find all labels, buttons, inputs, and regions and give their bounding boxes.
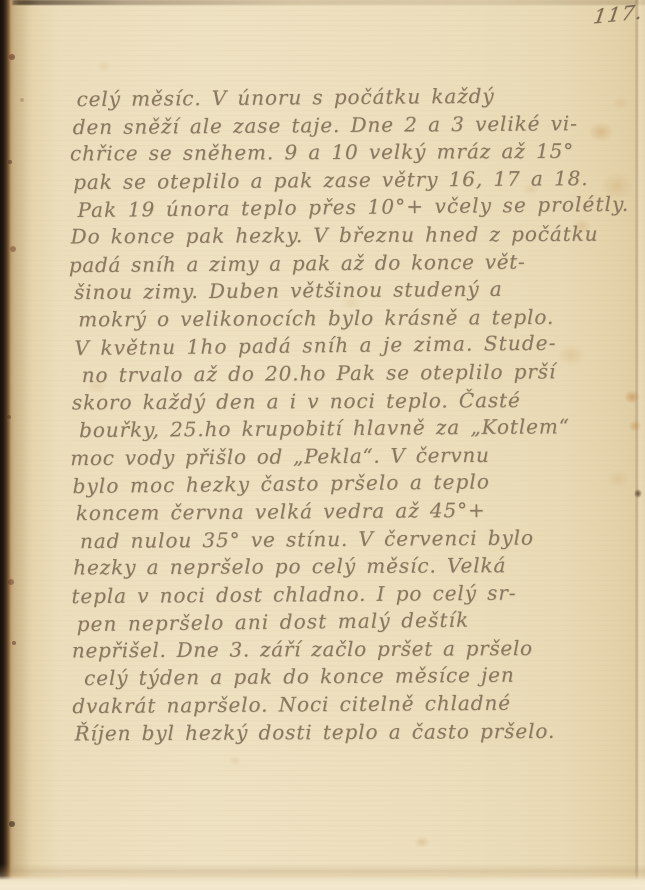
manuscript-line: hezky a nepršelo po celý měsíc. Velká — [73, 552, 616, 582]
manuscript-line: celý měsíc. V únoru s počátku každý — [76, 82, 612, 114]
manuscript-line: nad nulou 35° ve stínu. V červenci bylo — [80, 523, 616, 555]
page-bottom-edge — [0, 864, 645, 890]
manuscript-line: šinou zimy. Duben většinou studený a — [74, 275, 614, 307]
page-right-edge — [635, 0, 645, 890]
manuscript-line: skoro každý den a i v noci teplo. Časté — [72, 386, 615, 416]
foxing-stain — [414, 836, 430, 848]
foxing-stain — [228, 756, 242, 766]
handwritten-text-block: celý měsíc. V únoru s počátku každý den … — [67, 82, 617, 749]
binding-specks — [0, 0, 4, 4]
book-binding-edge — [0, 0, 30, 890]
manuscript-line: bouřky, 25.ho krupobití hlavně za „Kotle… — [79, 413, 615, 445]
manuscript-line: no trvalo až do 20.ho Pak se oteplilo pr… — [82, 358, 615, 390]
manuscript-line: celý týden a pak do konce měsíce jen — [84, 661, 617, 693]
manuscript-line: den sněží ale zase taje. Dne 2 a 3 velik… — [73, 109, 613, 141]
manuscript-line: padá sníh a zimy a pak až do konce vět- — [69, 247, 614, 279]
foxing-stain — [612, 96, 630, 110]
manuscript-line: nepřišel. Dne 3. září začlo pršet a prše… — [72, 634, 617, 664]
manuscript-line: Pak 19 února teplo přes 10°+ včely se pr… — [77, 191, 613, 225]
scanned-manuscript-page: 117. celý měsíc. V únoru s počátku každý… — [0, 0, 645, 890]
manuscript-line: dvakrát napršelo. Noci citelně chladné — [72, 689, 617, 721]
foxing-stain — [96, 60, 112, 72]
manuscript-line: chřice se sněhem. 9 a 10 velký mráz až 1… — [70, 138, 613, 168]
manuscript-line: pen nepršelo ani dost malý deštík — [76, 605, 616, 639]
manuscript-line: Říjen byl hezký dosti teplo a často prše… — [74, 717, 617, 747]
manuscript-line: koncem června velká vedra až 45°+ — [76, 496, 616, 528]
page-top-edge-shadow — [0, 0, 645, 5]
manuscript-line: Do konce pak hezky. V březnu hned z počá… — [71, 221, 614, 251]
